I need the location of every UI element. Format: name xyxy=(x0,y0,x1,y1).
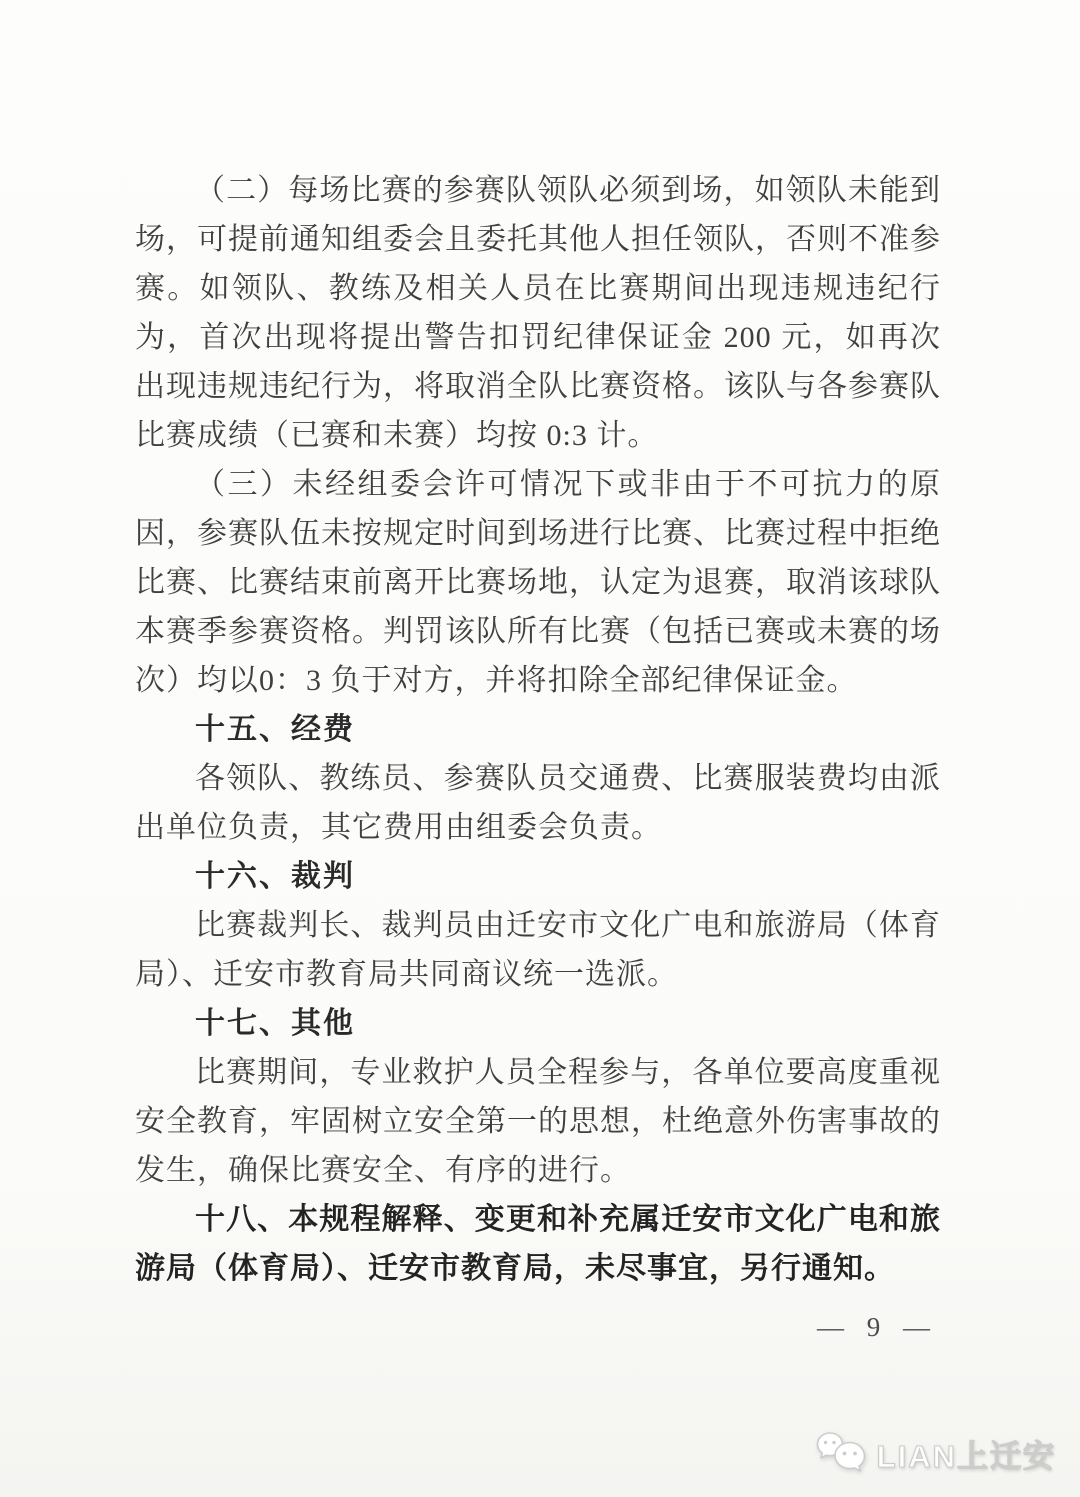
watermark: LIAN上迁安 xyxy=(815,1429,1056,1477)
paragraph-18-interpretation: 十八、本规程解释、变更和补充属迁安市文化广电和旅游局（体育局）、迁安市教育局，未… xyxy=(135,1195,941,1293)
section-heading-15-funding: 十五、经费 xyxy=(135,705,941,754)
paragraph-other-safety: 比赛期间，专业救护人员全程参与，各单位要高度重视安全教育，牢固树立安全第一的思想… xyxy=(135,1048,941,1195)
section-heading-17-other: 十七、其他 xyxy=(135,999,941,1048)
paragraph-rule-item-2: （二）每场比赛的参赛队领队必须到场，如领队未能到场，可提前通知组委会且委托其他人… xyxy=(135,166,941,460)
paragraph-referees: 比赛裁判长、裁判员由迁安市文化广电和旅游局（体育局）、迁安市教育局共同商议统一选… xyxy=(135,901,941,999)
page-number: — 9 — xyxy=(817,1312,938,1343)
wechat-chat-bubbles-icon xyxy=(815,1429,869,1477)
scanned-document-page: { "page": { "number_label": "— 9 —", "ba… xyxy=(0,0,1080,1497)
paragraph-rule-item-3: （三）未经组委会许可情况下或非由于不可抗力的原因，参赛队伍未按规定时间到场进行比… xyxy=(135,460,941,705)
section-heading-16-referees: 十六、裁判 xyxy=(135,852,941,901)
watermark-label: LIAN上迁安 xyxy=(877,1431,1056,1476)
document-body: （二）每场比赛的参赛队领队必须到场，如领队未能到场，可提前通知组委会且委托其他人… xyxy=(135,166,941,1293)
paragraph-funding: 各领队、教练员、参赛队员交通费、比赛服装费均由派出单位负责，其它费用由组委会负责… xyxy=(135,754,941,852)
